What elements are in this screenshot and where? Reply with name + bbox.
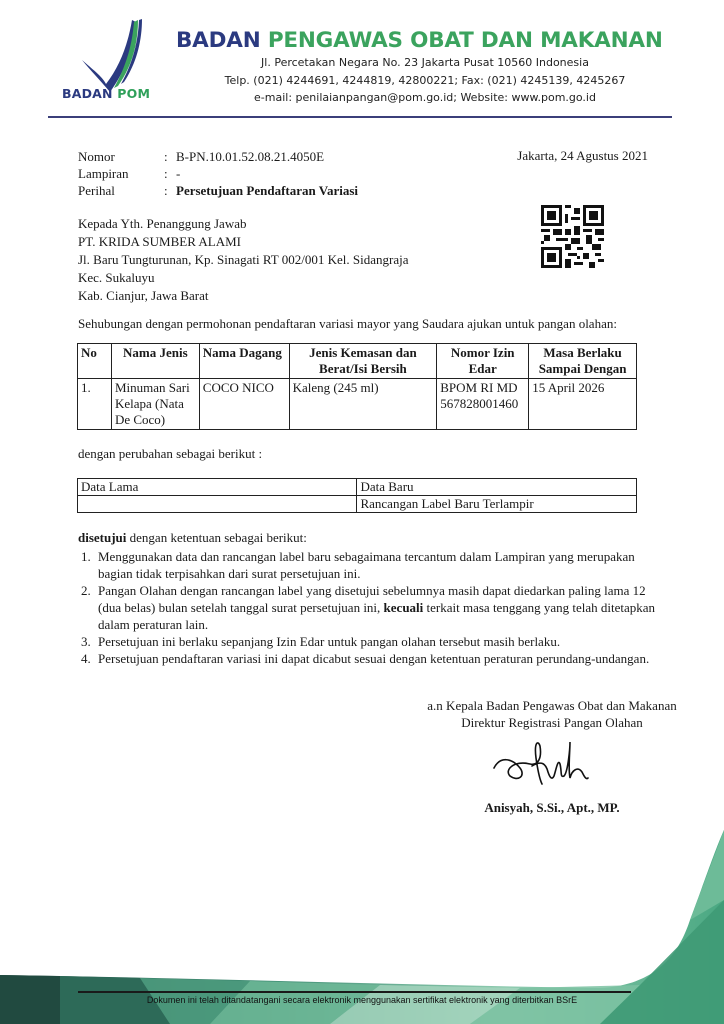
letter-date: Jakarta, 24 Agustus 2021 (517, 148, 648, 164)
nomor-value: B-PN.10.01.52.08.21.4050E (176, 148, 324, 165)
letter-meta: Nomor : B-PN.10.01.52.08.21.4050E Lampir… (78, 148, 358, 199)
lampiran-value: - (176, 165, 180, 182)
change-table: Data Lama Data Baru Rancangan Label Baru… (77, 478, 637, 513)
lampiran-row: Lampiran : - (78, 165, 358, 182)
logo-wordmark: BADAN POM (62, 86, 150, 101)
signer-name: Anisyah, S.Si., Apt., MP. (380, 800, 724, 816)
perihal-row: Perihal : Persetujuan Pendaftaran Varias… (78, 182, 358, 199)
list-item: Pangan Olahan dengan rancangan label yan… (94, 582, 658, 633)
intro-paragraph: Sehubungan dengan permohonan pendaftaran… (78, 316, 617, 332)
electronic-signature-note: Dokumen ini telah ditandatangani secara … (0, 995, 724, 1005)
organization-title: BADAN PENGAWAS OBAT DAN MAKANAN (176, 28, 663, 53)
org-address: Jl. Percetakan Negara No. 23 Jakarta Pus… (200, 56, 650, 69)
org-phone: Telp. (021) 4244691, 4244819, 42800221; … (200, 74, 650, 87)
approval-conditions-list: Menggunakan data dan rancangan label bar… (78, 548, 658, 667)
perihal-value: Persetujuan Pendaftaran Variasi (176, 182, 358, 199)
nomor-row: Nomor : B-PN.10.01.52.08.21.4050E (78, 148, 358, 165)
qr-code-icon[interactable] (541, 205, 604, 268)
table-row: 1. Minuman Sari Kelapa (Nata De Coco) CO… (78, 379, 637, 430)
recipient-address: Kepada Yth. Penanggung Jawab PT. KRIDA S… (78, 215, 408, 305)
table-header-row: Data Lama Data Baru (78, 479, 637, 496)
table-header-row: No Nama Jenis Nama Dagang Jenis Kemasan … (78, 344, 637, 379)
list-item: Menggunakan data dan rancangan label bar… (94, 548, 658, 582)
org-email-website: e-mail: penilaianpangan@pom.go.id; Websi… (200, 91, 650, 104)
change-intro: dengan perubahan sebagai berikut : (78, 446, 262, 462)
table-row: Rancangan Label Baru Terlampir (78, 496, 637, 513)
list-item: Persetujuan ini berlaku sepanjang Izin E… (94, 633, 658, 650)
footer-divider (78, 991, 631, 993)
product-table: No Nama Jenis Nama Dagang Jenis Kemasan … (77, 343, 637, 430)
handwritten-signature-icon (490, 738, 600, 790)
header-divider (48, 116, 672, 118)
signature-block: a.n Kepala Badan Pengawas Obat dan Makan… (380, 697, 724, 731)
recipient-company: PT. KRIDA SUMBER ALAMI (78, 233, 408, 251)
approval-section: disetujui dengan ketentuan sebagai berik… (78, 529, 658, 667)
list-item: Persetujuan pendaftaran variasi ini dapa… (94, 650, 658, 667)
